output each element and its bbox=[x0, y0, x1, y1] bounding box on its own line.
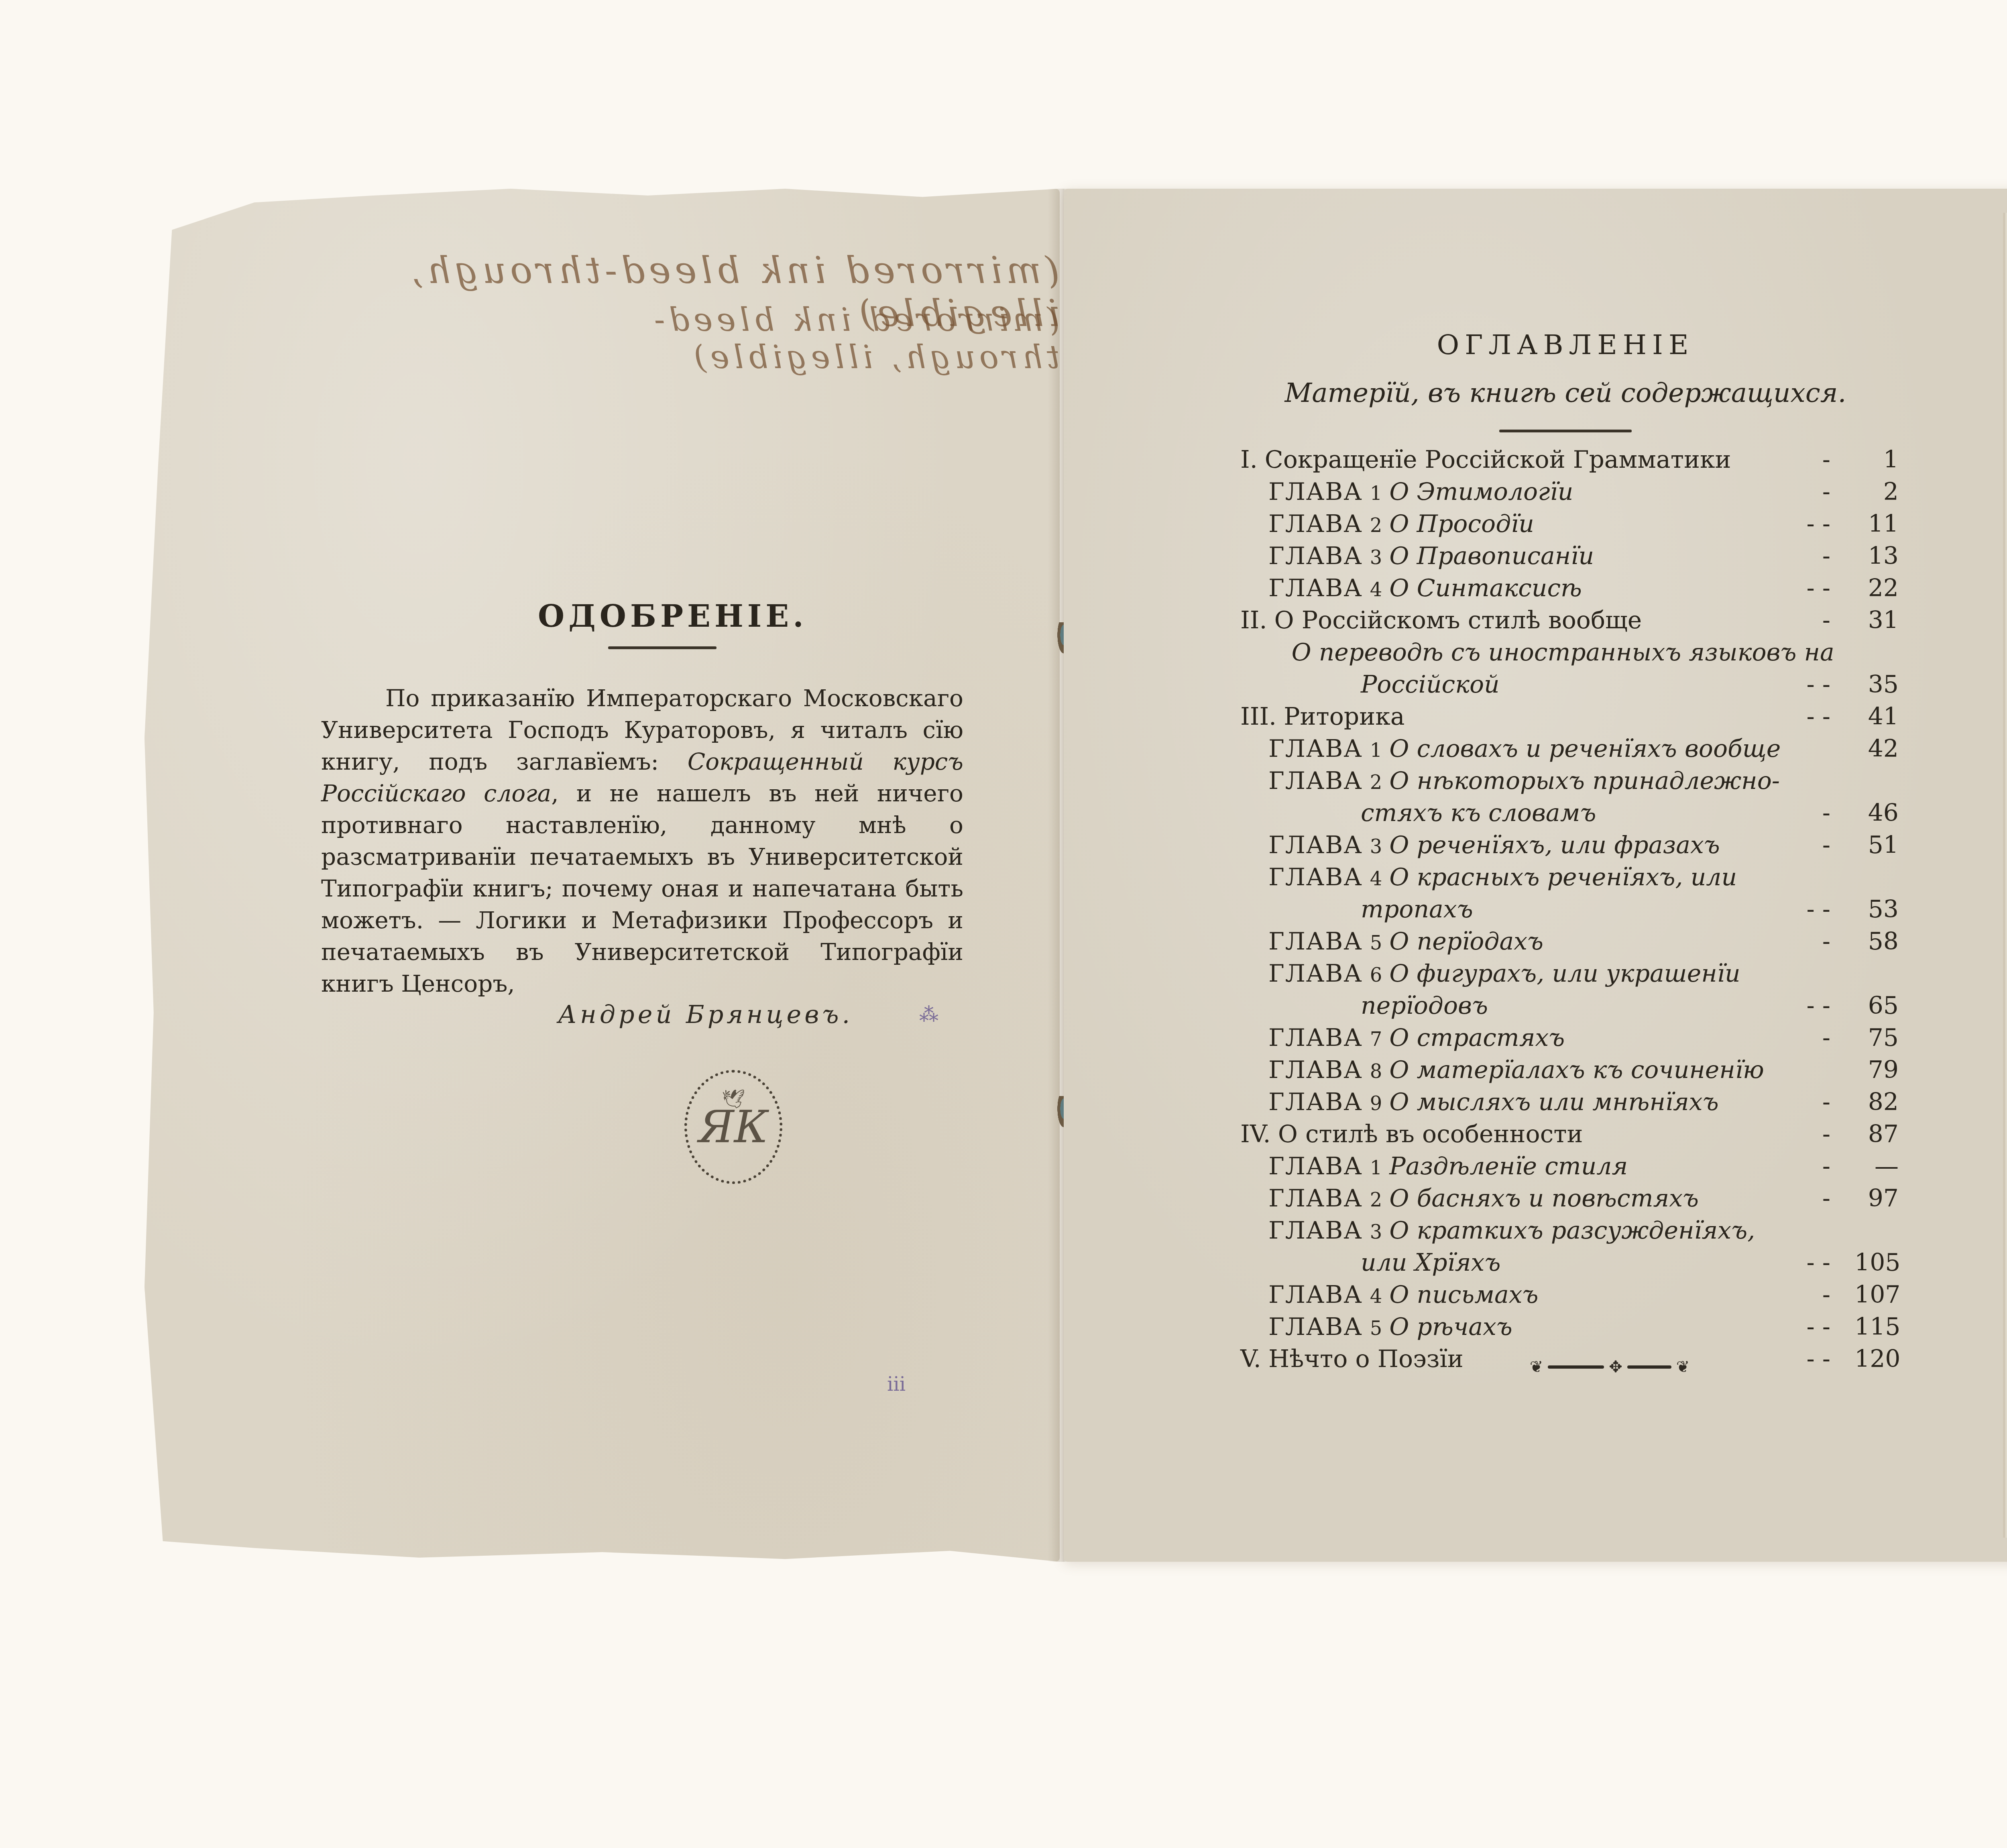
page-edges bbox=[2003, 213, 2007, 1538]
table-of-contents: I.Сокращенїе Россійской Грамматики-1ГЛАВ… bbox=[1240, 446, 1899, 1377]
chapter-label: ГЛАВА bbox=[1268, 1152, 1363, 1180]
toc-entry: II.О Россійскомъ стилѣ вообще-31 bbox=[1240, 606, 1899, 638]
chapter-number: 1 bbox=[1370, 1157, 1382, 1179]
toc-entry: ГЛАВА1О Этимологїи-2 bbox=[1240, 478, 1899, 510]
toc-entry: I.Сокращенїе Россійской Грамматики-1 bbox=[1240, 446, 1899, 478]
leader-dashes: - bbox=[1720, 831, 1854, 859]
entry-title: Раздѣленїе стиля bbox=[1389, 1152, 1628, 1180]
part-number: II. bbox=[1240, 606, 1267, 634]
toc-subtitle: Матерїй, въ книгѣ сей содержащихся. bbox=[1224, 377, 1907, 408]
chapter-number: 3 bbox=[1370, 1221, 1382, 1243]
toc-title: ОГЛАВЛЕНІЕ bbox=[1224, 329, 1907, 361]
entry-title: О словахъ и реченїяхъ вообще bbox=[1389, 735, 1781, 763]
toc-entry: III.Риторика- -41 bbox=[1240, 703, 1899, 735]
entry-title: Сокращенїе Россійской Грамматики bbox=[1265, 446, 1731, 474]
leader-dashes: - bbox=[1594, 542, 1854, 570]
library-stamp: 🕊 ЯК bbox=[684, 1070, 782, 1184]
toc-entry: ГЛАВА2О нѣкоторыхъ принадлежно- bbox=[1240, 767, 1899, 799]
entry-title: тропахъ bbox=[1361, 895, 1473, 923]
page-number: 79 bbox=[1854, 1056, 1899, 1084]
leader-dashes: - - bbox=[1500, 670, 1854, 699]
page-number: 51 bbox=[1854, 831, 1899, 859]
entry-title: О рѣчахъ bbox=[1389, 1313, 1512, 1341]
page-number: 46 bbox=[1854, 799, 1899, 827]
entry-title: стяхъ къ словамъ bbox=[1361, 799, 1596, 827]
chapter-number: 4 bbox=[1370, 579, 1382, 601]
toc-entry: ГЛАВА1Раздѣленїе стиля-— bbox=[1240, 1152, 1899, 1184]
chapter-number: 2 bbox=[1370, 514, 1382, 537]
chapter-label: ГЛАВА bbox=[1268, 1281, 1363, 1309]
chapter-label: ГЛАВА bbox=[1268, 831, 1363, 859]
chapter-label: ГЛАВА bbox=[1268, 574, 1363, 602]
toc-entry: перїодовъ- -65 bbox=[1240, 992, 1899, 1024]
censor-signature: Андрей Брянцевъ. bbox=[558, 1000, 853, 1029]
entry-title: О матерїалахъ къ сочиненїю bbox=[1389, 1056, 1764, 1084]
leader-dashes: - bbox=[1628, 1152, 1854, 1180]
entry-title: Нѣчто о Поэзїи bbox=[1268, 1345, 1464, 1373]
chapter-label: ГЛАВА bbox=[1268, 1313, 1363, 1341]
left-page: (mirrored ink bleed-through, illegible) … bbox=[145, 189, 1060, 1562]
toc-entry: О переводѣ съ иностранныхъ языковъ на bbox=[1240, 638, 1899, 670]
page-number: 22 bbox=[1854, 574, 1899, 602]
leader-dashes: - - bbox=[1500, 1249, 1854, 1277]
leader-dashes: - - bbox=[1488, 992, 1854, 1020]
leader-dashes: - - bbox=[1582, 574, 1854, 602]
chapter-number: 4 bbox=[1370, 868, 1382, 890]
leader-dashes: - - bbox=[1405, 703, 1854, 731]
entry-title: О страстяхъ bbox=[1389, 1024, 1565, 1052]
page-number: 41 bbox=[1854, 703, 1899, 731]
toc-entry: IV.О стилѣ въ особенности-87 bbox=[1240, 1120, 1899, 1152]
toc-entry: стяхъ къ словамъ-46 bbox=[1240, 799, 1899, 831]
toc-entry: ГЛАВА3О краткихъ разсужденїяхъ, bbox=[1240, 1216, 1899, 1249]
chapter-number: 1 bbox=[1370, 739, 1382, 762]
chapter-label: ГЛАВА bbox=[1268, 863, 1363, 891]
page-number: 11 bbox=[1854, 510, 1899, 538]
page-number: — bbox=[1854, 1152, 1899, 1180]
handwritten-note-line-2: (mirrored ink bleed-through, illegible) bbox=[566, 301, 1060, 376]
entry-title: О Просодїи bbox=[1389, 510, 1534, 538]
purple-ink-mark-1: ⁂ bbox=[919, 1004, 938, 1026]
page-number: 75 bbox=[1854, 1024, 1899, 1052]
entry-title: О стилѣ въ особенности bbox=[1278, 1120, 1583, 1148]
toc-entry: ГЛАВА3О Правописанїи-13 bbox=[1240, 542, 1899, 574]
toc-entry: Россійской- -35 bbox=[1240, 670, 1899, 703]
chapter-number: 2 bbox=[1370, 1189, 1382, 1211]
approval-heading: ОДОБРЕНІЕ. bbox=[538, 598, 808, 634]
chapter-number: 3 bbox=[1370, 835, 1382, 858]
approval-text-part-2: , и не нашелъ въ ней ничего противнаго н… bbox=[321, 780, 963, 997]
toc-entry: ГЛАВА7О страстяхъ-75 bbox=[1240, 1024, 1899, 1056]
page-number: 58 bbox=[1854, 927, 1899, 956]
chapter-label: ГЛАВА bbox=[1268, 960, 1363, 988]
approval-text: По приказанїю Императорскаго Московскаго… bbox=[321, 683, 963, 1000]
leader-dashes: - - bbox=[1512, 1313, 1854, 1341]
part-number: IV. bbox=[1240, 1120, 1271, 1148]
chapter-label: ГЛАВА bbox=[1268, 767, 1363, 795]
toc-entry: ГЛАВА4О красныхъ реченїяхъ, или bbox=[1240, 863, 1899, 895]
chapter-number: 3 bbox=[1370, 546, 1382, 569]
entry-title: О перїодахъ bbox=[1389, 927, 1543, 956]
chapter-number: 6 bbox=[1370, 964, 1382, 986]
chapter-number: 7 bbox=[1370, 1028, 1382, 1051]
entry-title: О Россійскомъ стилѣ вообще bbox=[1274, 606, 1642, 634]
toc-entry: ГЛАВА1О словахъ и реченїяхъ вообще42 bbox=[1240, 735, 1899, 767]
leader-dashes: - - bbox=[1473, 895, 1854, 923]
toc-entry: ГЛАВА4О Синтаксисѣ- -22 bbox=[1240, 574, 1899, 606]
chapter-label: ГЛАВА bbox=[1268, 510, 1363, 538]
chapter-number: 1 bbox=[1370, 482, 1382, 505]
chapter-number: 9 bbox=[1370, 1092, 1382, 1115]
entry-title: О басняхъ и повѣстяхъ bbox=[1389, 1184, 1699, 1212]
toc-entry: ГЛАВА2О Просодїи- -11 bbox=[1240, 510, 1899, 542]
entry-title: О Правописанїи bbox=[1389, 542, 1594, 570]
right-page: ОГЛАВЛЕНІЕ Матерїй, въ книгѣ сей содержа… bbox=[1064, 189, 2007, 1562]
chapter-label: ГЛАВА bbox=[1268, 735, 1363, 763]
page-number: 31 bbox=[1854, 606, 1899, 634]
toc-entry: ГЛАВА2О басняхъ и повѣстяхъ-97 bbox=[1240, 1184, 1899, 1216]
toc-entry: ГЛАВА5О рѣчахъ- -115 bbox=[1240, 1313, 1899, 1345]
page-number: 42 bbox=[1854, 735, 1899, 763]
toc-entry: тропахъ- -53 bbox=[1240, 895, 1899, 927]
chapter-number: 2 bbox=[1370, 771, 1382, 794]
page-number: 2 bbox=[1854, 478, 1899, 506]
chapter-number: 4 bbox=[1370, 1285, 1382, 1308]
page-number: 1 bbox=[1854, 446, 1899, 474]
entry-title: О Синтаксисѣ bbox=[1389, 574, 1582, 602]
toc-entry: ГЛАВА3О реченїяхъ, или фразахъ-51 bbox=[1240, 831, 1899, 863]
chapter-label: ГЛАВА bbox=[1268, 927, 1363, 956]
chapter-label: ГЛАВА bbox=[1268, 1088, 1363, 1116]
toc-entry: ГЛАВА6О фигурахъ, или украшенїи bbox=[1240, 960, 1899, 992]
leader-dashes: - - bbox=[1534, 510, 1854, 538]
page-number: 53 bbox=[1854, 895, 1899, 923]
page-number: 65 bbox=[1854, 992, 1899, 1020]
toc-entry: ГЛАВА5О перїодахъ-58 bbox=[1240, 927, 1899, 960]
entry-title: О реченїяхъ, или фразахъ bbox=[1389, 831, 1720, 859]
entry-title: О письмахъ bbox=[1389, 1281, 1538, 1309]
bird-icon: 🕊 bbox=[722, 1088, 745, 1110]
entry-title: перїодовъ bbox=[1361, 992, 1488, 1020]
toc-title-rule bbox=[1499, 430, 1632, 432]
leader-dashes: - bbox=[1573, 478, 1854, 506]
entry-title: О красныхъ реченїяхъ, или bbox=[1389, 863, 1737, 891]
entry-title: О фигурахъ, или украшенїи bbox=[1389, 960, 1740, 988]
page-number: 35 bbox=[1854, 670, 1899, 699]
chapter-number: 5 bbox=[1370, 932, 1382, 954]
chapter-label: ГЛАВА bbox=[1268, 1024, 1363, 1052]
chapter-label: ГЛАВА bbox=[1268, 1056, 1363, 1084]
page-number: 105 bbox=[1854, 1249, 1899, 1277]
chapter-label: ГЛАВА bbox=[1268, 1184, 1363, 1212]
leader-dashes: - bbox=[1699, 1184, 1854, 1212]
leader-dashes: - bbox=[1719, 1088, 1854, 1116]
leader-dashes: - bbox=[1731, 446, 1854, 474]
open-book: (mirrored ink bleed-through, illegible) … bbox=[145, 189, 2007, 1562]
toc-entry: или Хрїяхъ- -105 bbox=[1240, 1249, 1899, 1281]
entry-title: О переводѣ съ иностранныхъ языковъ на bbox=[1291, 638, 1834, 666]
leader-dashes: - bbox=[1583, 1120, 1854, 1148]
entry-title: О Этимологїи bbox=[1389, 478, 1573, 506]
chapter-label: ГЛАВА bbox=[1268, 542, 1363, 570]
page-number: 87 bbox=[1854, 1120, 1899, 1148]
leader-dashes: - bbox=[1596, 799, 1854, 827]
end-ornament-icon: ❦ ✥ ❦ bbox=[1493, 1361, 1726, 1373]
leader-dashes: - bbox=[1642, 606, 1854, 634]
page-number: 120 bbox=[1854, 1345, 1899, 1373]
toc-entry: ГЛАВА8О матерїалахъ къ сочиненїю79 bbox=[1240, 1056, 1899, 1088]
entry-title: О мысляхъ или мнѣнїяхъ bbox=[1389, 1088, 1718, 1116]
toc-entry: ГЛАВА9О мысляхъ или мнѣнїяхъ-82 bbox=[1240, 1088, 1899, 1120]
chapter-number: 5 bbox=[1370, 1317, 1382, 1340]
chapter-label: ГЛАВА bbox=[1268, 478, 1363, 506]
page-number: 107 bbox=[1854, 1281, 1899, 1309]
entry-title: О нѣкоторыхъ принадлежно- bbox=[1389, 767, 1780, 795]
page-number: 13 bbox=[1854, 542, 1899, 570]
entry-title: О краткихъ разсужденїяхъ, bbox=[1389, 1216, 1755, 1245]
page-number: 115 bbox=[1854, 1313, 1899, 1341]
part-number: V. bbox=[1240, 1345, 1261, 1373]
part-number: I. bbox=[1240, 446, 1258, 474]
leader-dashes: - bbox=[1565, 1024, 1854, 1052]
entry-title: Риторика bbox=[1284, 703, 1404, 731]
chapter-label: ГЛАВА bbox=[1268, 1216, 1363, 1245]
purple-ink-mark-2: ⅲ bbox=[887, 1373, 906, 1396]
leader-dashes: - bbox=[1543, 927, 1854, 956]
page-number: 82 bbox=[1854, 1088, 1899, 1116]
chapter-number: 8 bbox=[1370, 1060, 1382, 1083]
part-number: III. bbox=[1240, 703, 1276, 731]
entry-title: или Хрїяхъ bbox=[1361, 1249, 1500, 1277]
leader-dashes: - bbox=[1538, 1281, 1854, 1309]
entry-title: Россійской bbox=[1361, 670, 1500, 699]
toc-entry: ГЛАВА4О письмахъ-107 bbox=[1240, 1281, 1899, 1313]
page-number: 97 bbox=[1854, 1184, 1899, 1212]
heading-rule bbox=[608, 646, 716, 649]
